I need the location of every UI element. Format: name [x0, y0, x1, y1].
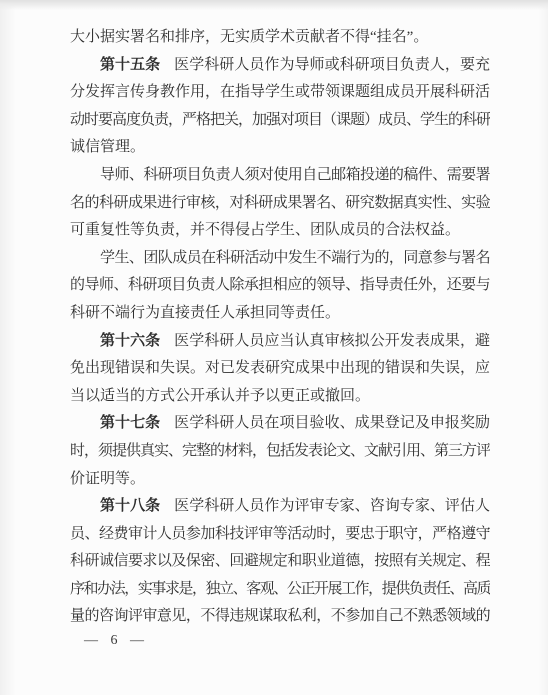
document-text-block: 大小据实署名和排序，无实质学术贡献者不得“挂名”。第十五条医学科研人员作为导师或…: [70, 24, 490, 631]
article-number: 第十五条: [100, 57, 160, 73]
text-line: 时，须提供真实、完整的材料，包括发表论文、文献引用、第三方评: [70, 438, 490, 466]
article-number: 第十六条: [100, 333, 160, 349]
text-line: 科研不端行为直接责任人承担同等责任。: [70, 300, 490, 328]
text-line: 序和办法，实事求是，独立、客观、公正开展工作，提供负责任、高质: [70, 576, 490, 604]
text-line: 量的咨询评审意见，不得违规谋取私利，不参加自己不熟悉领域的: [70, 603, 490, 631]
text-line: 分发挥言传身教作用，在指导学生或带领课题组成员开展科研活: [70, 79, 490, 107]
text-line: 员、经费审计人员参加科技评审等活动时，要忠于职守，严格遵守: [70, 521, 490, 549]
text-line: 导师、科研项目负责人须对使用自己邮箱投递的稿件、需要署: [70, 162, 490, 190]
text-line: 动时要高度负责，严格把关，加强对项目（课题）成员、学生的科研: [70, 107, 490, 135]
text-line: 第十六条医学科研人员应当认真审核拟公开发表成果，避: [70, 328, 490, 356]
text-line: 学生、团队成员在科研活动中发生不端行为的，同意参与署名: [70, 245, 490, 273]
text-line: 科研诚信要求以及保密、回避规定和职业道德，按照有关规定、程: [70, 548, 490, 576]
text-line: 第十八条医学科研人员作为评审专家、咨询专家、评估人: [70, 493, 490, 521]
text-line: 免出现错误和失误。对已发表研究成果中出现的错误和失误，应: [70, 355, 490, 383]
text-line: 的导师、科研项目负责人除承担相应的领导、指导责任外，还要与: [70, 272, 490, 300]
text-line: 可重复性等负责，并不得侵占学生、团队成员的合法权益。: [70, 217, 490, 245]
article-number: 第十七条: [100, 415, 160, 431]
document-page: 大小据实署名和排序，无实质学术贡献者不得“挂名”。第十五条医学科研人员作为导师或…: [0, 0, 548, 695]
text-line: 大小据实署名和排序，无实质学术贡献者不得“挂名”。: [70, 24, 490, 52]
text-line: 名的科研成果进行审核，对科研成果署名、研究数据真实性、实验: [70, 190, 490, 218]
page-number: — 6 —: [84, 633, 145, 649]
text-line: 第十五条医学科研人员作为导师或科研项目负责人，要充: [70, 52, 490, 80]
text-line: 当以适当的方式公开承认并予以更正或撤回。: [70, 383, 490, 411]
text-line: 价证明等。: [70, 466, 490, 494]
text-line: 第十七条医学科研人员在项目验收、成果登记及申报奖励: [70, 410, 490, 438]
article-number: 第十八条: [100, 498, 160, 514]
text-line: 诚信管理。: [70, 134, 490, 162]
